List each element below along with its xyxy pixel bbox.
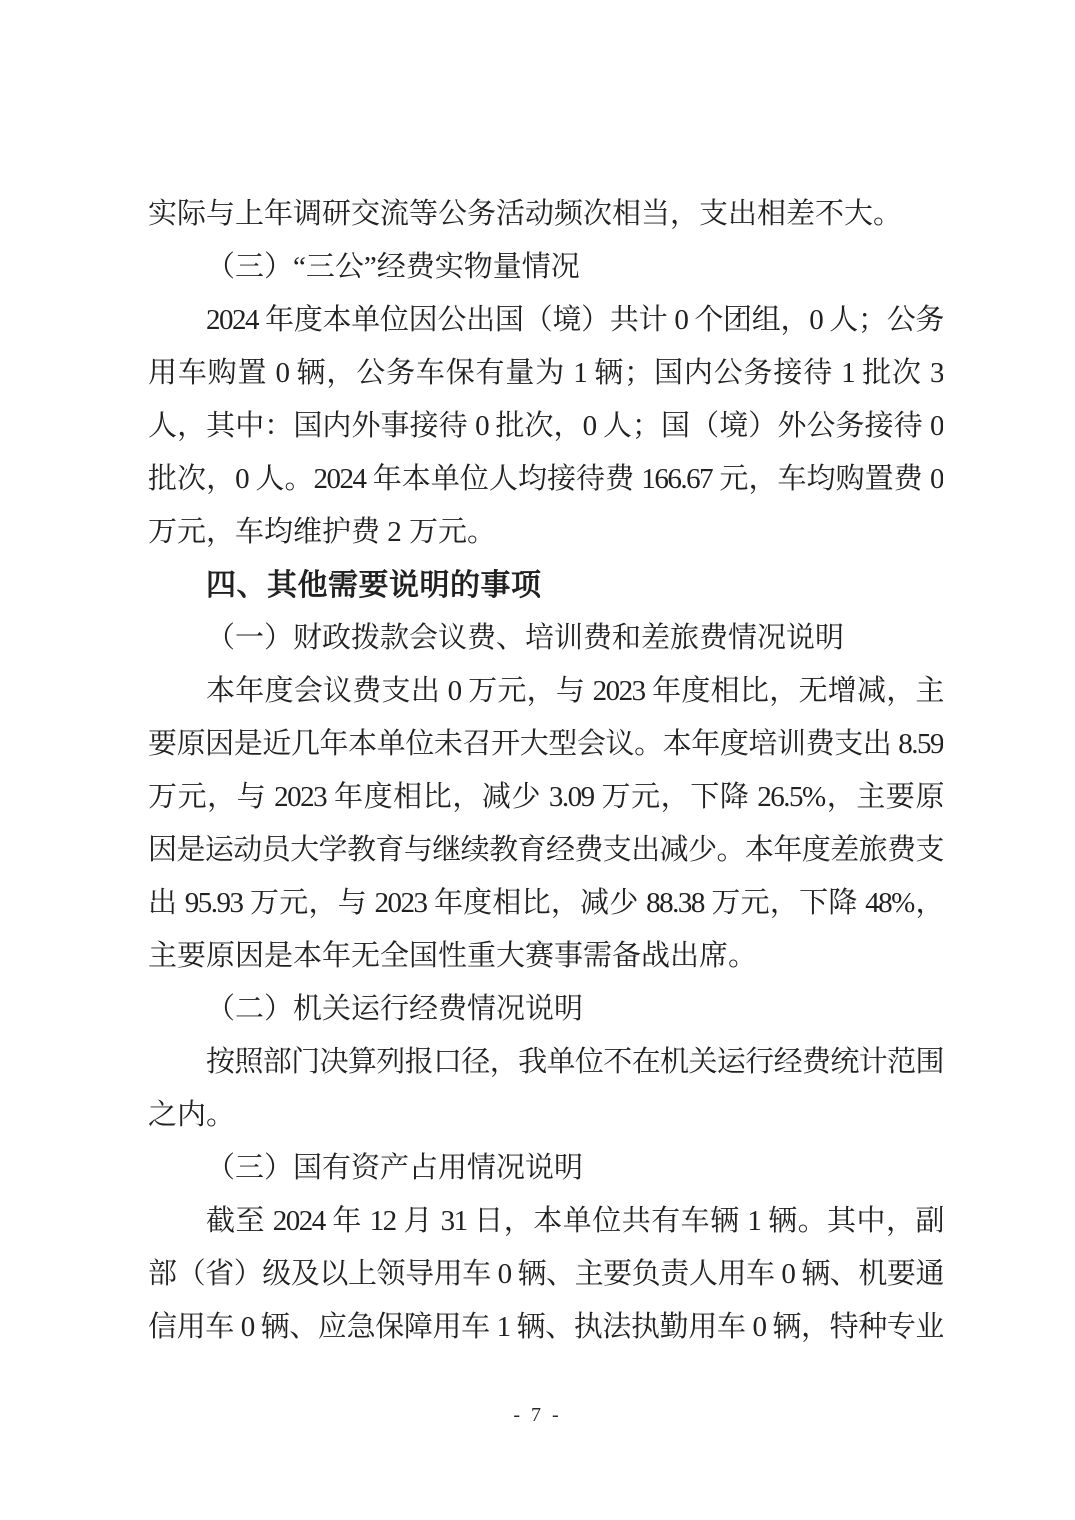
para-line: 因是运动员大学教育与继续教育经费支出减少。本年度差旅费支	[148, 824, 943, 877]
para-line: 万元，车均维护费 2 万元。	[148, 506, 943, 559]
subsection-heading: （三）国有资产占用情况说明	[148, 1142, 943, 1195]
para-line: 部（省）级及以上领导用车 0 辆、主要负责人用车 0 辆、机要通	[148, 1248, 943, 1301]
para-line: 要原因是近几年本单位未召开大型会议。本年度培训费支出 8.59	[148, 718, 943, 771]
para-line: 批次，0 人。2024 年本单位人均接待费 166.67 元，车均购置费 0	[148, 453, 943, 506]
para-line: 按照部门决算列报口径，我单位不在机关运行经费统计范围	[148, 1036, 943, 1089]
para-line: 实际与上年调研交流等公务活动频次相当，支出相差不大。	[148, 188, 943, 241]
para-line: 信用车 0 辆、应急保障用车 1 辆、执法执勤用车 0 辆，特种专业	[148, 1301, 943, 1354]
para-line: 出 95.93 万元，与 2023 年度相比，减少 88.38 万元，下降 48…	[148, 877, 943, 930]
para-line: 截至 2024 年 12 月 31 日，本单位共有车辆 1 辆。其中，副	[148, 1195, 943, 1248]
document-page: 实际与上年调研交流等公务活动频次相当，支出相差不大。 （三）“三公”经费实物量情…	[0, 0, 1075, 1520]
para-line: 本年度会议费支出 0 万元，与 2023 年度相比，无增减，主	[148, 665, 943, 718]
para-line: 之内。	[148, 1089, 943, 1142]
para-line: 用车购置 0 辆，公务车保有量为 1 辆；国内公务接待 1 批次 3	[148, 347, 943, 400]
section-heading: 四、其他需要说明的事项	[148, 559, 943, 612]
page-number: - 7 -	[0, 1398, 1075, 1432]
para-line: 主要原因是本年无全国性重大赛事需备战出席。	[148, 930, 943, 983]
document-body: 实际与上年调研交流等公务活动频次相当，支出相差不大。 （三）“三公”经费实物量情…	[148, 188, 943, 1354]
para-line: 2024 年度本单位因公出国（境）共计 0 个团组，0 人；公务	[148, 294, 943, 347]
subsection-heading: （一）财政拨款会议费、培训费和差旅费情况说明	[148, 612, 943, 665]
subsection-heading: （三）“三公”经费实物量情况	[148, 241, 943, 294]
subsection-heading: （二）机关运行经费情况说明	[148, 983, 943, 1036]
para-line: 人，其中：国内外事接待 0 批次，0 人；国（境）外公务接待 0	[148, 400, 943, 453]
para-line: 万元，与 2023 年度相比，减少 3.09 万元，下降 26.5%，主要原	[148, 771, 943, 824]
